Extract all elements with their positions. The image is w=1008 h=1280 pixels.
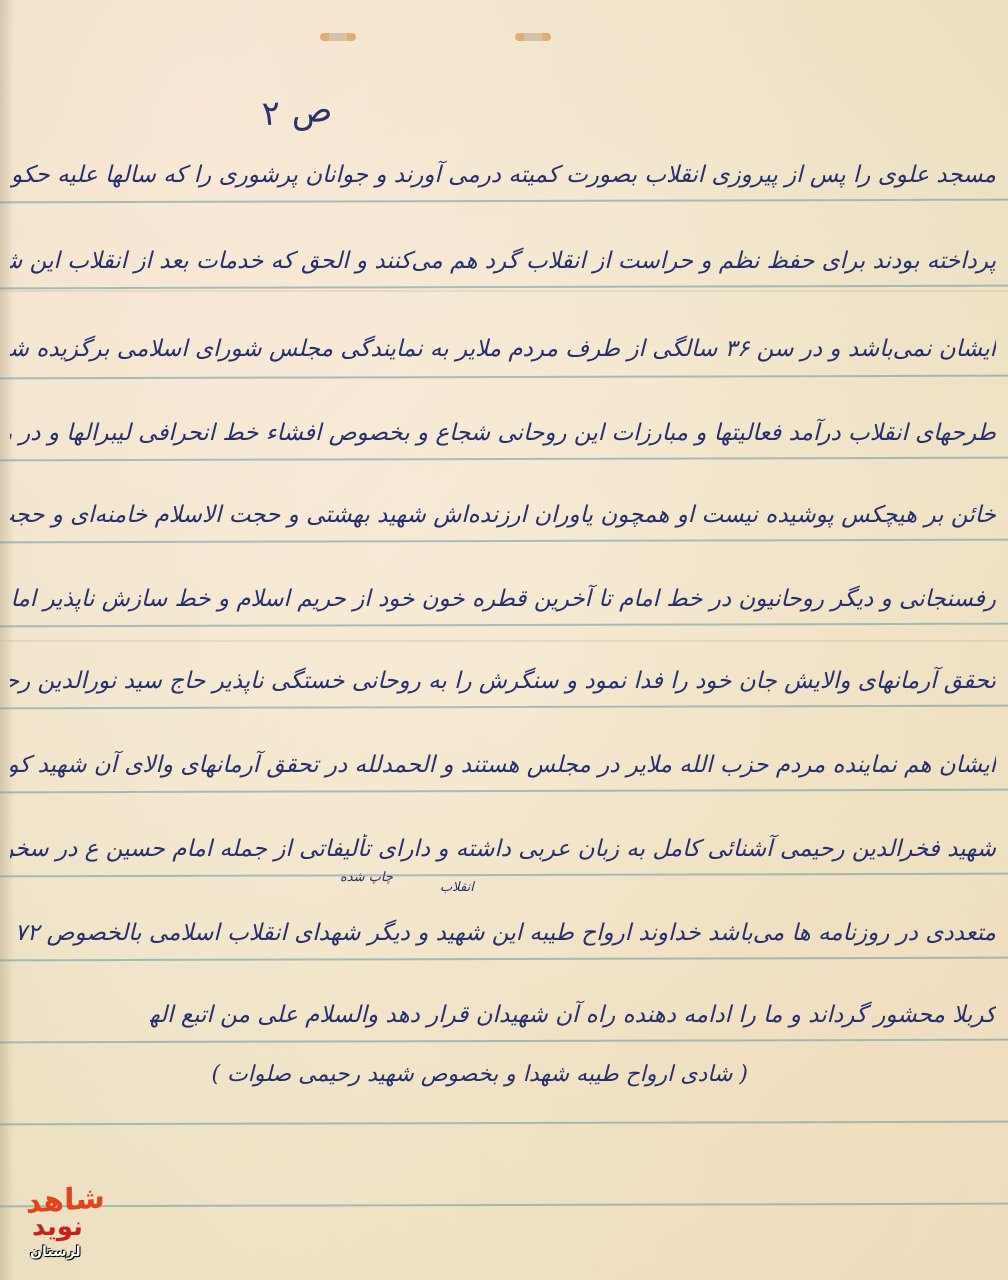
letter-line: طرحهای انقلاب درآمد فعالیتها و مبارزات ا… <box>10 418 996 448</box>
logo-region: لرستان <box>30 1244 81 1260</box>
letter-line: کربلا محشور گرداند و ما را ادامه دهنده ر… <box>150 1000 996 1030</box>
ruled-line <box>0 789 1008 794</box>
ruled-line <box>0 1203 1008 1208</box>
ruled-line <box>0 1121 1008 1126</box>
letter-line: متعددی در روزنامه ها می‌باشد خداوند اروا… <box>10 918 996 948</box>
letter-line: رفسنجانی و دیگر روحانیون در خط امام تا آ… <box>10 584 996 614</box>
ruled-line <box>0 623 1008 628</box>
closing-salutation: ( شادی ارواح طیبه شهدا و بخصوص شهید رحیم… <box>211 1062 748 1087</box>
letter-line: پرداخته بودند برای حفظ نظم و حراست از ان… <box>10 246 996 276</box>
ruled-line <box>0 873 1008 878</box>
letter-page: ص ۲ مسجد علوی را پس از پیروزی انقلاب بصو… <box>0 0 1008 1280</box>
ruled-line <box>0 457 1008 462</box>
letter-line: ایشان نمی‌باشد و در سن ۳۶ سالگی از طرف م… <box>10 334 996 364</box>
staple-mark <box>515 33 551 41</box>
page-number-mark: ص ۲ <box>261 90 334 135</box>
ruled-line <box>0 705 1008 710</box>
inserted-annotation: انقلاب <box>440 880 474 895</box>
paper-fold <box>0 290 1008 292</box>
ruled-line <box>0 1039 1008 1044</box>
ruled-line <box>0 199 1008 204</box>
inserted-annotation: چاپ شده <box>340 870 393 885</box>
letter-line: مسجد علوی را پس از پیروزی انقلاب بصورت ک… <box>10 160 996 190</box>
letter-line: تحقق آرمانهای والایش جان خود را فدا نمود… <box>10 666 996 696</box>
letter-line: شهید فخرالدین رحیمی آشنائی کامل به زبان … <box>10 834 996 864</box>
ruled-line <box>0 539 1008 544</box>
logo-subtitle: نوید <box>32 1214 83 1240</box>
ruled-line <box>0 285 1008 290</box>
paper-fold <box>0 640 1008 642</box>
letter-line: ایشان هم نماینده مردم حزب الله ملایر در … <box>10 750 996 780</box>
ruled-line <box>0 375 1008 380</box>
staple-mark <box>320 33 356 41</box>
ruled-line <box>0 957 1008 962</box>
letter-line: خائن بر هیچکس پوشیده نیست او همچون یاورا… <box>10 500 996 530</box>
watermark-logo: شاهد نوید لرستان <box>22 1186 122 1266</box>
